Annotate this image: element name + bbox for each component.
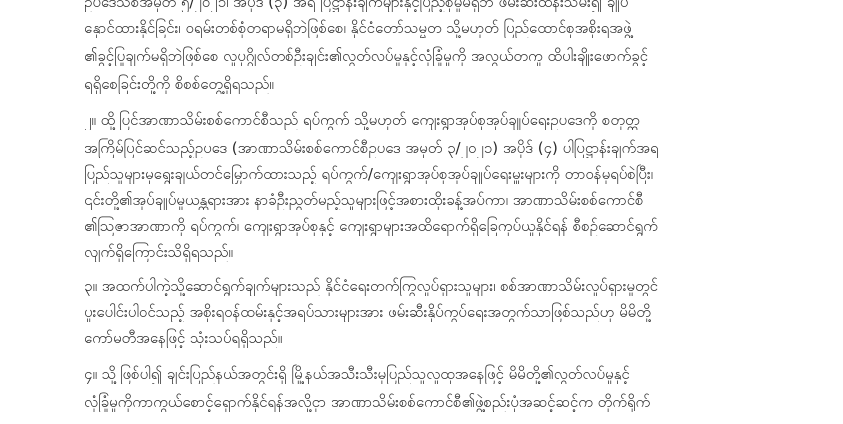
text-line: ၎င်းတို့၏အုပ်ချုပ်မှုယန္တရားအား နာခံဦးညွ…	[84, 190, 764, 210]
text-line: ကော်မတီအနေဖြင့် သုံးသပ်ရရှိသည်။	[84, 328, 764, 348]
document-page: ဥပဒေသစ်အမှတ် ၅/၂၀၂၁၊ အပိုဒ် (၃) အရ ပြဋ္ဌ…	[0, 0, 843, 424]
text-line: ၄။ သို့ဖြစ်ပါ၍ ချင်းပြည်နယ်အတွင်းရှိ မြိ…	[84, 364, 764, 384]
text-line: ဥပဒေသစ်အမှတ် ၅/၂၀၂၁၊ အပိုဒ် (၃) အရ ပြဋ္ဌ…	[84, 0, 764, 12]
text-line: ၏ဩဇာအာဏာကို ရပ်ကွက်၊ ကျေးရွာအုပ်စုနှင့် …	[84, 216, 764, 236]
text-line: ၃။ အထက်ပါကဲ့သို့ဆောင်ရွက်ချက်များသည် နို…	[84, 276, 764, 296]
text-line: ၏ခွင့်ပြုချက်မရှိဘဲဖြစ်စေ လူပုဂ္ဂိုလ်တစ်…	[84, 46, 764, 66]
text-line: ရရှိစေခြင်းတို့ကို စိစစ်တွေ့ရှိရသည်။	[84, 74, 764, 94]
text-line: လုံခြုံမှုကိုကာကွယ်စောင့်ရှောက်နိုင်ရန်အ…	[84, 392, 764, 412]
text-line: ပြည်သူများမှရွေးချယ်တင်မြှောက်ထားသည့် ရပ…	[84, 164, 764, 184]
text-line: လျက်ရှိကြောင်းသိရှိရသည်။	[84, 242, 764, 262]
text-line: အကြိမ်ပြင်ဆင်သည့်ဥပဒေ (အာဏာသိမ်းစစ်ကောင်…	[84, 138, 764, 158]
text-line: ၂။ ထို့ပြင်အာဏာသိမ်းစစ်ကောင်စီသည် ရပ်ကွက…	[84, 110, 764, 130]
text-line: ပူးပေါင်းပါဝင်သည့် အစိုးရဝန်ထမ်းနှင့်အရပ…	[84, 302, 764, 322]
text-line: နှောင်ထားနိုင်ခြင်း၊ ဝရမ်းတစ်စုံတရာမရှိဘ…	[84, 18, 764, 38]
